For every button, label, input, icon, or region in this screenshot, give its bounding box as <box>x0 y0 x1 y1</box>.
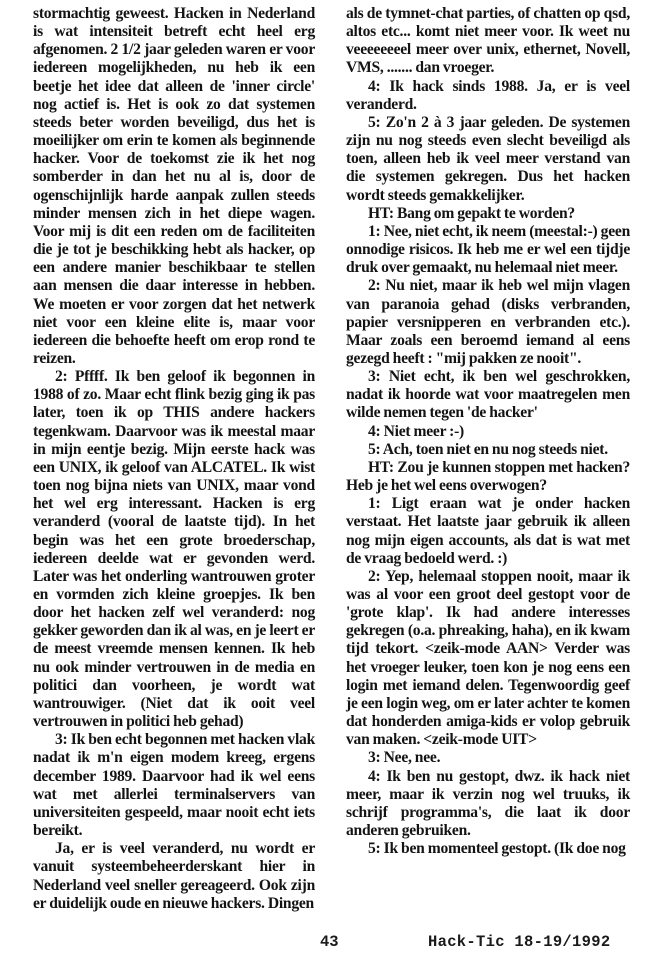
paragraph: 1: Ligt eraan wat je onder hacken versta… <box>346 495 630 568</box>
paragraph: 5: Ach, toen niet en nu nog steeds niet. <box>346 441 630 459</box>
paragraph-text: Ik hack sinds 1988. Ja, er is veel veran… <box>346 78 630 113</box>
paragraph: 2: Yep, helemaal stoppen nooit, maar ik … <box>346 568 630 750</box>
speaker-label: 1: <box>368 495 381 512</box>
paragraph-text: stormachtig geweest. Hacken in Nederland… <box>33 5 315 367</box>
paragraph: 5: Zo'n 2 à 3 jaar geleden. De systemen … <box>346 114 630 205</box>
paragraph-text: Ja, er is veel veranderd, nu wordt er va… <box>33 840 315 911</box>
interviewer-label: HT: <box>368 205 394 222</box>
paragraph: als de tymnet-chat parties, of chatten o… <box>346 5 630 78</box>
paragraph: 4: Ik hack sinds 1988. Ja, er is veel ve… <box>346 78 630 114</box>
left-text-column: stormachtig geweest. Hacken in Nederland… <box>33 5 315 913</box>
speaker-label: 4: <box>368 78 381 95</box>
paragraph-text: Ik ben echt begonnen met hacken vlak nad… <box>33 731 315 839</box>
question-paragraph: HT: Bang om gepakt te worden? <box>346 205 630 223</box>
paragraph: 4: Niet meer :-) <box>346 423 630 441</box>
paragraph: 5: Ik ben momenteel gestopt. (Ik doe nog <box>346 840 630 858</box>
page-number: 43 <box>320 933 339 951</box>
paragraph: Ja, er is veel veranderd, nu wordt er va… <box>33 840 315 913</box>
paragraph-text: Nu niet, maar ik heb wel mijn vlagen van… <box>346 277 630 367</box>
speaker-label: 4: <box>368 768 381 785</box>
paragraph: 3: Niet echt, ik ben wel geschrokken, na… <box>346 368 630 422</box>
paragraph: 3: Ik ben echt begonnen met hacken vlak … <box>33 731 315 840</box>
question-paragraph: HT: Zou je kunnen stoppen met hacken? He… <box>346 459 630 495</box>
paragraph: 1: Nee, niet echt, ik neem (meestal:-) g… <box>346 223 630 277</box>
publication-info: Hack-Tic 18-19/1992 <box>428 933 610 951</box>
paragraph: stormachtig geweest. Hacken in Nederland… <box>33 5 315 368</box>
paragraph-text: Ligt eraan wat je onder hacken verstaat.… <box>346 495 630 566</box>
paragraph-text: Nee, nee. <box>381 749 441 766</box>
speaker-label: 4: <box>368 423 381 440</box>
paragraph-text: Ach, toen niet en nu nog steeds niet. <box>381 441 608 458</box>
speaker-label: 2: <box>368 277 381 294</box>
speaker-label: 1: <box>368 223 381 240</box>
speaker-label: 5: <box>368 441 381 458</box>
paragraph-text: Pffff. Ik ben geloof ik begonnen in 1988… <box>33 368 315 730</box>
paragraph: 3: Nee, nee. <box>346 749 630 767</box>
question-text: Bang om gepakt te worden? <box>394 205 575 222</box>
speaker-label: 3: <box>368 749 381 766</box>
speaker-label: 3: <box>55 731 68 748</box>
speaker-label: 5: <box>368 840 381 857</box>
paragraph: 2: Pffff. Ik ben geloof ik begonnen in 1… <box>33 368 315 731</box>
paragraph-text: Niet meer :-) <box>381 423 464 440</box>
speaker-label: 3: <box>368 368 381 385</box>
magazine-page: stormachtig geweest. Hacken in Nederland… <box>0 0 652 976</box>
speaker-label: 2: <box>55 368 68 385</box>
paragraph-text: Ik ben nu gestopt, dwz. ik hack niet mee… <box>346 768 630 839</box>
right-text-column: als de tymnet-chat parties, of chatten o… <box>346 5 630 858</box>
paragraph-text: als de tymnet-chat parties, of chatten o… <box>346 5 630 76</box>
speaker-label: 5: <box>368 114 381 131</box>
paragraph-text: Yep, helemaal stoppen nooit, maar ik was… <box>346 568 630 748</box>
paragraph-text: Ik ben momenteel gestopt. (Ik doe nog <box>381 840 626 857</box>
paragraph-text: Niet echt, ik ben wel geschrokken, nadat… <box>346 368 630 421</box>
paragraph-text: Zo'n 2 à 3 jaar geleden. De systemen zij… <box>346 114 630 204</box>
paragraph: 4: Ik ben nu gestopt, dwz. ik hack niet … <box>346 768 630 841</box>
speaker-label: 2: <box>368 568 381 585</box>
paragraph: 2: Nu niet, maar ik heb wel mijn vlagen … <box>346 277 630 368</box>
paragraph-text: Nee, niet echt, ik neem (meestal:-) geen… <box>346 223 630 276</box>
interviewer-label: HT: <box>368 459 394 476</box>
